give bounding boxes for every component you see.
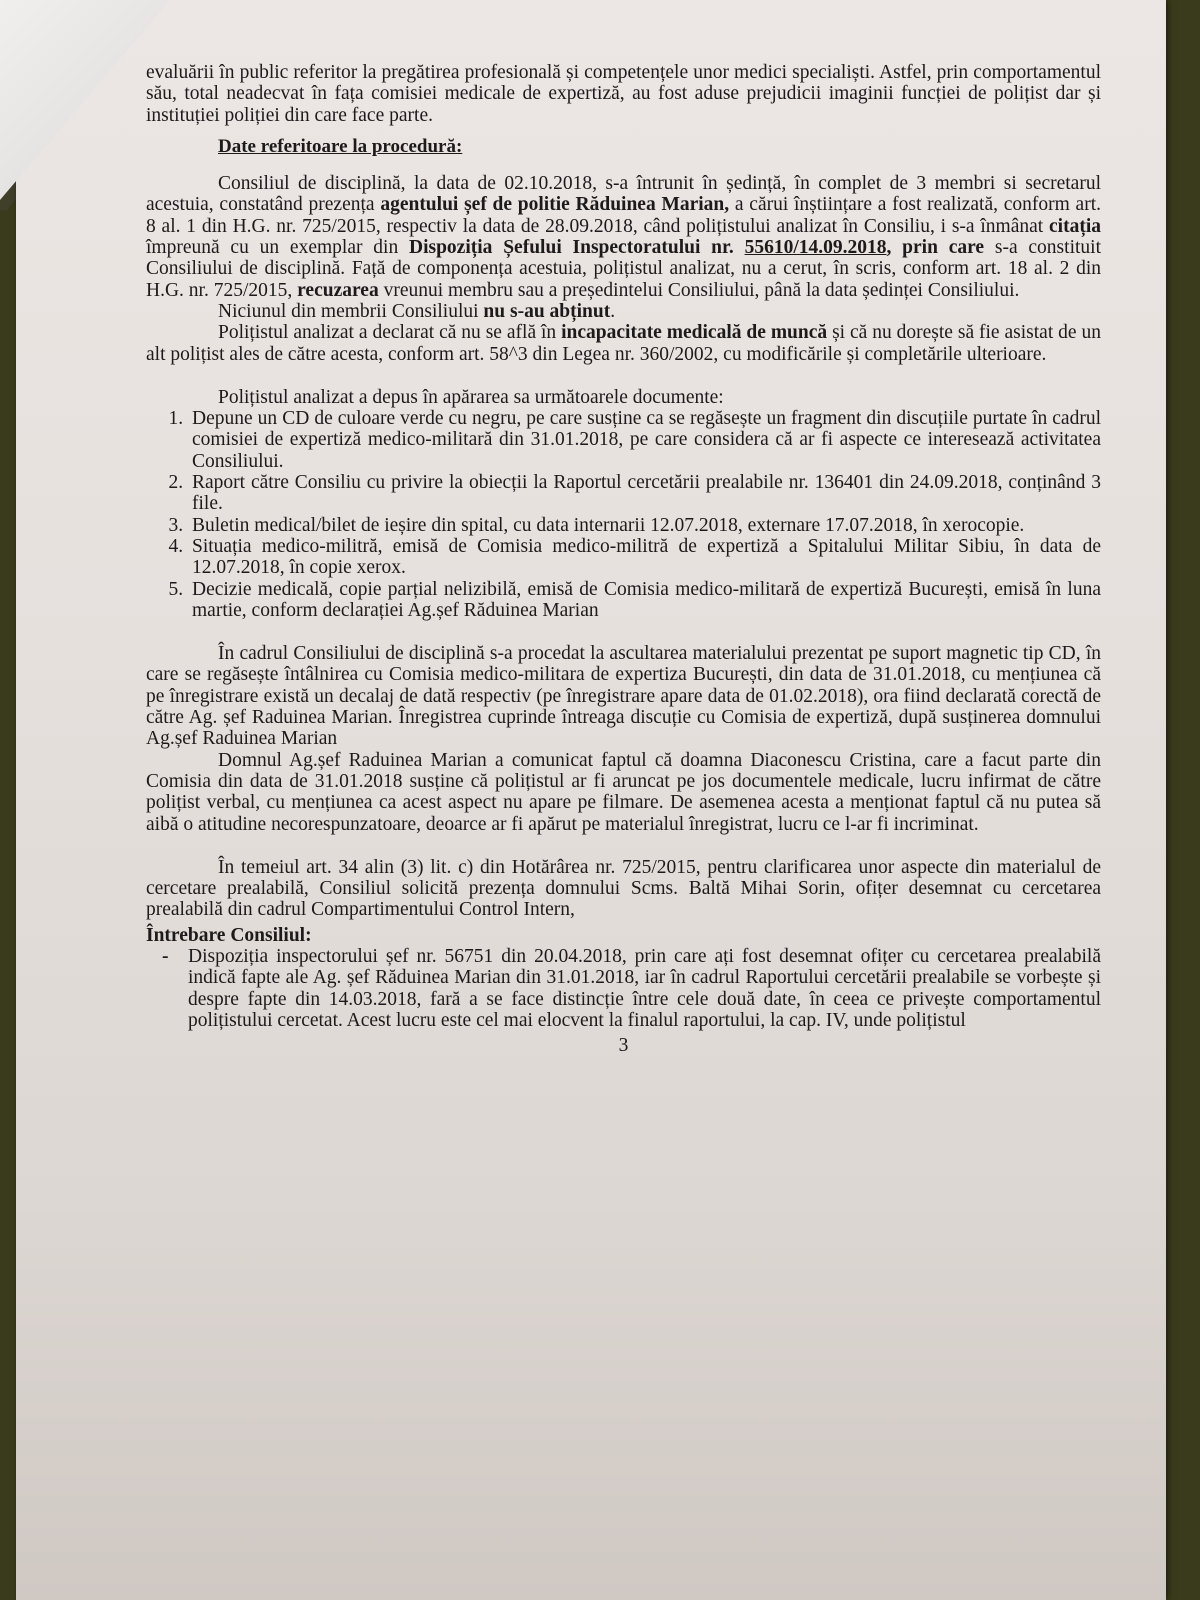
document-page: evaluării în public referitor la pregăti… [16,0,1166,1600]
documents-list: Depune un CD de culoare verde cu negru, … [146,408,1101,621]
intro-paragraph: evaluării în public referitor la pregăti… [146,62,1101,126]
statement-paragraph: Domnul Ag.șef Raduinea Marian a comunica… [146,750,1101,835]
documents-intro: Polițistul analizat a depus în apărarea … [146,387,1101,408]
document-item: Buletin medical/bilet de ieșire din spit… [188,515,1101,536]
procedure-heading: Date referitoare la procedură: [218,136,1101,157]
questions-list: Dispoziția inspectorului șef nr. 56751 d… [146,946,1101,1031]
basis-paragraph: În temeiul art. 34 alin (3) lit. c) din … [146,857,1101,921]
hearing-paragraph: În cadrul Consiliului de disciplină s-a … [146,643,1101,749]
document-item: Situația medico-militră, emisă de Comisi… [188,536,1101,579]
procedure-paragraph-1: Consiliul de disciplină, la data de 02.1… [146,173,1101,301]
document-item: Decizie medicală, copie parțial nelizibi… [188,579,1101,622]
procedure-paragraph-2: Niciunul din membrii Consiliului nu s-au… [146,301,1101,322]
document-item: Depune un CD de culoare verde cu negru, … [188,408,1101,472]
procedure-paragraph-3: Polițistul analizat a declarat că nu se … [146,322,1101,365]
page-number: 3 [146,1035,1101,1056]
agent-name: agentului șef de politie Răduinea Marian… [380,194,729,215]
disposition-number: 55610/14.09.2018 [745,237,887,258]
question-item: Dispoziția inspectorului șef nr. 56751 d… [188,946,1101,1031]
document-item: Raport către Consiliu cu privire la obie… [188,472,1101,515]
question-heading: Întrebare Consiliul: [146,925,1101,946]
document-body: evaluării în public referitor la pregăti… [146,62,1101,1056]
